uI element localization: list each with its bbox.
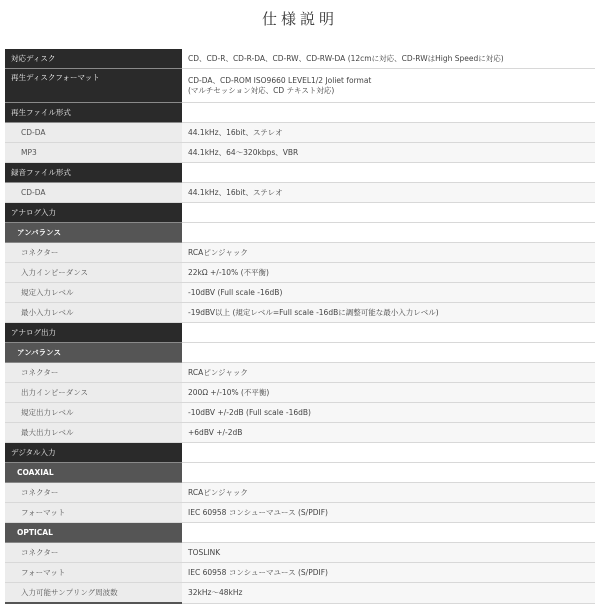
spec-label: アナログ入力 (5, 203, 182, 223)
spec-value: 22kΩ +/-10% (不平衡) (182, 263, 595, 283)
spec-label: アンバランス (5, 223, 182, 243)
spec-label: CD-DA (5, 183, 182, 203)
spec-value: RCAピンジャック (182, 483, 595, 503)
spec-label: 最小入力レベル (5, 303, 182, 323)
spec-value (182, 343, 595, 363)
spec-row: 規定入力レベル -10dBV (Full scale -16dB) (5, 283, 595, 303)
spec-label: 出力インピーダンス (5, 383, 182, 403)
spec-row: 入力可能サンプリング周波数 32kHz〜48kHz (5, 583, 595, 601)
spec-value (182, 203, 595, 223)
spec-row: CD-DA 44.1kHz、16bit、ステレオ (5, 183, 595, 203)
spec-value: -10dBV +/-2dB (Full scale -16dB) (182, 403, 595, 423)
spec-row: アナログ出力 (5, 323, 595, 343)
spec-value: 44.1kHz、64〜320kbps、VBR (182, 143, 595, 163)
spec-table-body: 対応ディスク CD、CD-R、CD-R-DA、CD-RW、CD-RW-DA (1… (5, 49, 595, 600)
spec-value: CD-DA、CD-ROM ISO9660 LEVEL1/2 Joliet for… (182, 69, 595, 103)
spec-value (182, 443, 595, 463)
spec-label: コネクター (5, 363, 182, 383)
spec-label: COAXIAL (5, 463, 182, 483)
spec-label: コネクター (5, 243, 182, 263)
spec-value: -19dBV以上 (規定レベル=Full scale -16dBに調整可能な最小… (182, 303, 595, 323)
spec-row: 規定出力レベル -10dBV +/-2dB (Full scale -16dB) (5, 403, 595, 423)
spec-label: 録音ファイル形式 (5, 163, 182, 183)
spec-label: アナログ出力 (5, 323, 182, 343)
spec-value: +6dBV +/-2dB (182, 423, 595, 443)
spec-label: 規定入力レベル (5, 283, 182, 303)
spec-row: アナログ入力 (5, 203, 595, 223)
spec-value: TOSLINK (182, 543, 595, 563)
spec-row: フォーマット IEC 60958 コンシューマユース (S/PDIF) (5, 503, 595, 523)
spec-value-line: CD-DA、CD-ROM ISO9660 LEVEL1/2 Joliet for… (188, 76, 595, 86)
spec-row: デジタル入力 (5, 443, 595, 463)
spec-row: 再生ディスクフォーマット CD-DA、CD-ROM ISO9660 LEVEL1… (5, 69, 595, 103)
spec-label: OPTICAL (5, 523, 182, 543)
spec-row: CD-DA 44.1kHz、16bit、ステレオ (5, 123, 595, 143)
spec-row: 最大出力レベル +6dBV +/-2dB (5, 423, 595, 443)
spec-label: デジタル入力 (5, 443, 182, 463)
spec-label: コネクター (5, 483, 182, 503)
spec-value (182, 523, 595, 543)
spec-row: 出力インピーダンス 200Ω +/-10% (不平衡) (5, 383, 595, 403)
spec-row: コネクター RCAピンジャック (5, 363, 595, 383)
spec-row: MP3 44.1kHz、64〜320kbps、VBR (5, 143, 595, 163)
spec-value: RCAピンジャック (182, 363, 595, 383)
spec-row: アンバランス (5, 343, 595, 363)
spec-value: IEC 60958 コンシューマユース (S/PDIF) (182, 503, 595, 523)
spec-label: 最大出力レベル (5, 423, 182, 443)
spec-label: 対応ディスク (5, 49, 182, 69)
spec-label: 再生ディスクフォーマット (5, 69, 182, 103)
spec-row: 録音ファイル形式 (5, 163, 595, 183)
spec-value (182, 103, 595, 123)
spec-value (182, 463, 595, 483)
spec-row: COAXIAL (5, 463, 595, 483)
spec-row: アンバランス (5, 223, 595, 243)
spec-value: 44.1kHz、16bit、ステレオ (182, 183, 595, 203)
spec-value: 32kHz〜48kHz (182, 583, 595, 601)
spec-table: 対応ディスク CD、CD-R、CD-R-DA、CD-RW、CD-RW-DA (1… (5, 49, 595, 600)
spec-row: 対応ディスク CD、CD-R、CD-R-DA、CD-RW、CD-RW-DA (1… (5, 49, 595, 69)
spec-label: CD-DA (5, 123, 182, 143)
spec-label: 規定出力レベル (5, 403, 182, 423)
spec-value: IEC 60958 コンシューマユース (S/PDIF) (182, 563, 595, 583)
spec-row: OPTICAL (5, 523, 595, 543)
spec-row: コネクター TOSLINK (5, 543, 595, 563)
spec-label: フォーマット (5, 563, 182, 583)
page-title: 仕様説明 (0, 8, 600, 29)
spec-label: コネクター (5, 543, 182, 563)
spec-row: コネクター RCAピンジャック (5, 243, 595, 263)
spec-value: RCAピンジャック (182, 243, 595, 263)
spec-row: フォーマット IEC 60958 コンシューマユース (S/PDIF) (5, 563, 595, 583)
spec-label: MP3 (5, 143, 182, 163)
spec-value: CD、CD-R、CD-R-DA、CD-RW、CD-RW-DA (12cmに対応、… (182, 49, 595, 69)
spec-value (182, 223, 595, 243)
spec-label: 入力可能サンプリング周波数 (5, 583, 182, 601)
spec-value (182, 323, 595, 343)
spec-value: 44.1kHz、16bit、ステレオ (182, 123, 595, 143)
spec-value (182, 163, 595, 183)
spec-label: フォーマット (5, 503, 182, 523)
spec-row: コネクター RCAピンジャック (5, 483, 595, 503)
spec-label: 入力インピーダンス (5, 263, 182, 283)
spec-label: アンバランス (5, 343, 182, 363)
spec-value: 200Ω +/-10% (不平衡) (182, 383, 595, 403)
spec-row: 再生ファイル形式 (5, 103, 595, 123)
spec-value-line: (マルチセッション対応、CD テキスト対応) (188, 86, 595, 96)
spec-row: 入力インピーダンス 22kΩ +/-10% (不平衡) (5, 263, 595, 283)
spec-label: 再生ファイル形式 (5, 103, 182, 123)
spec-value: -10dBV (Full scale -16dB) (182, 283, 595, 303)
spec-row: 最小入力レベル -19dBV以上 (規定レベル=Full scale -16dB… (5, 303, 595, 323)
